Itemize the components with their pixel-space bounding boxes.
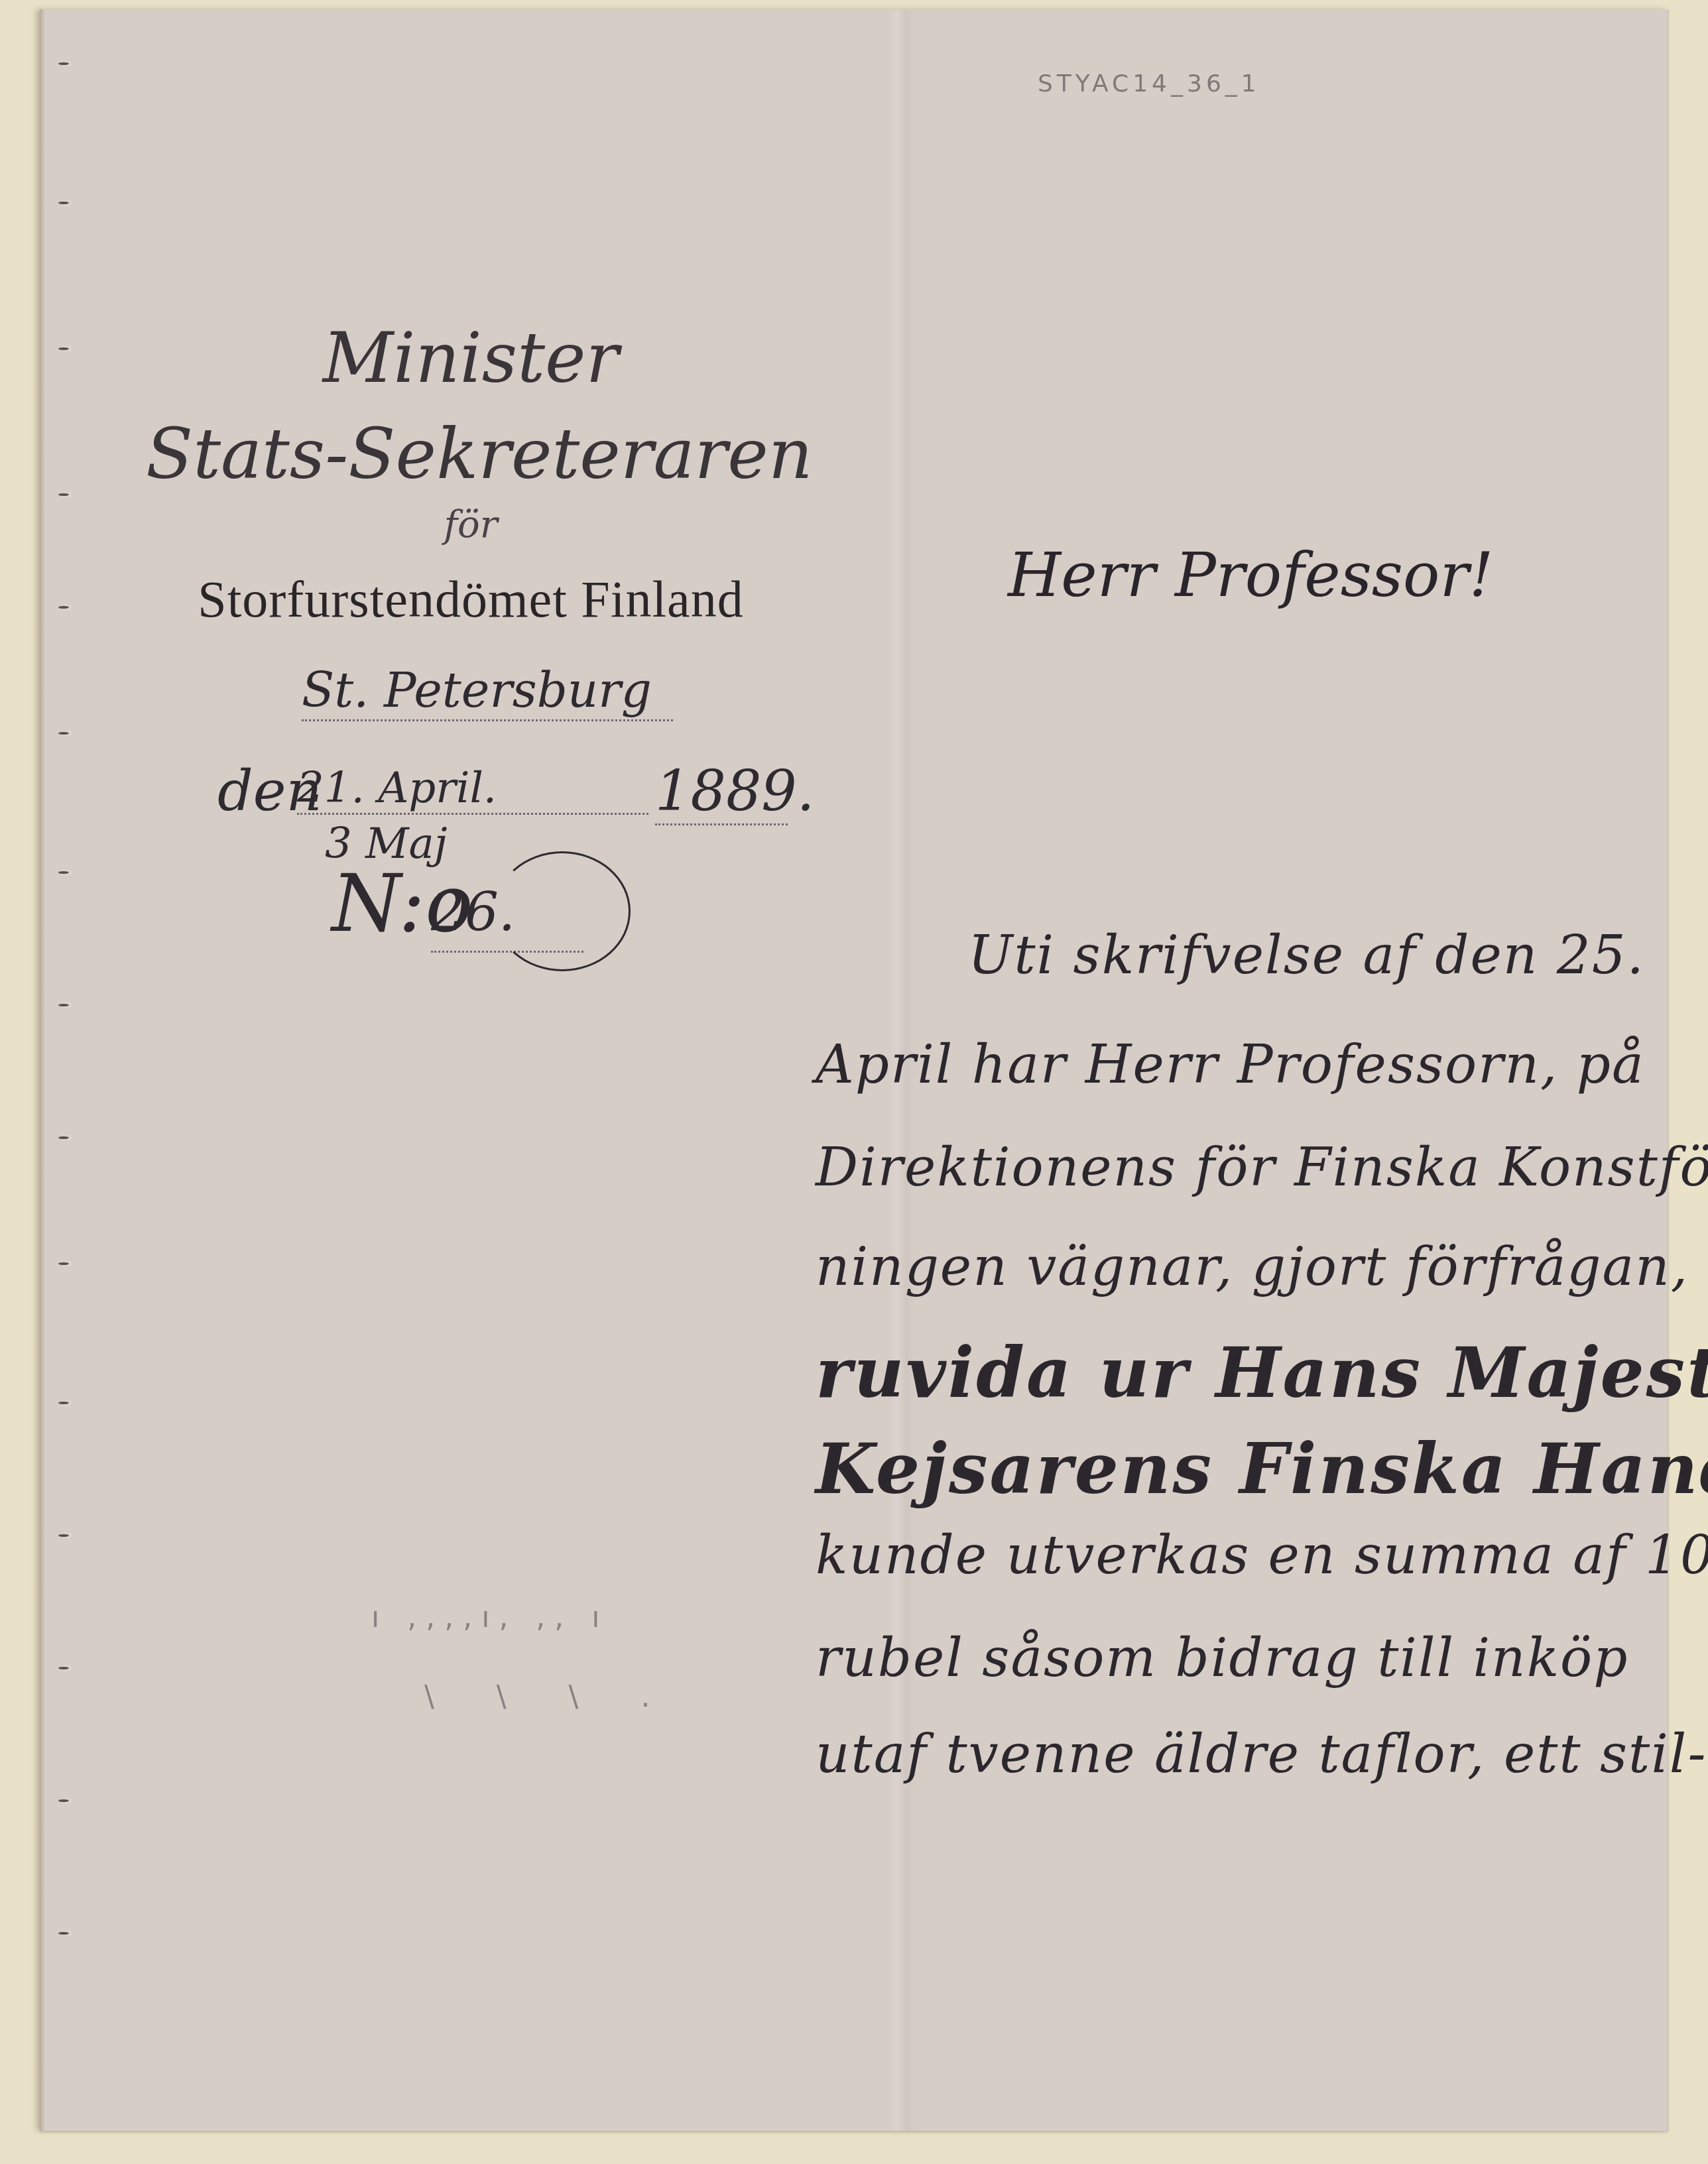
stitch-hole — [58, 1667, 69, 1669]
flourish-curl-icon — [494, 851, 631, 971]
body-line: Uti skrifvelse af den 25. — [968, 924, 1645, 986]
body-line: ruvida ur Hans Majestät — [816, 1332, 1708, 1413]
body-line: Kejsarens Finska Handkassa — [816, 1428, 1708, 1510]
stitch-hole — [58, 732, 69, 735]
letter-sheet: STYAC14_36_1 Minister Stats-Sekreteraren… — [40, 9, 1668, 2131]
stitch-hole — [58, 1534, 69, 1537]
stitch-hole — [58, 1402, 69, 1404]
letterhead-grand-duchy: Storfurstendömet Finland — [146, 570, 796, 629]
archive-reference-code: STYAC14_36_1 — [1038, 70, 1260, 97]
date-year: 1889. — [655, 758, 788, 825]
date-line: den 21. April. 1889. — [217, 758, 788, 831]
stitch-hole — [58, 202, 69, 204]
offset-mark-line: ı ,,,,ı, ,, ı — [371, 1600, 609, 1634]
place-of-writing: St. Petersburg — [302, 662, 673, 721]
offset-ink-marks: ı ,,,,ı, ,, ı \ \ \ . — [371, 1600, 743, 1733]
stitch-hole — [58, 871, 69, 874]
body-line: kunde utverkas en summa af 1000. — [816, 1524, 1708, 1586]
body-line: rubel såsom bidrag till inköp — [816, 1627, 1628, 1689]
stitch-hole — [58, 1004, 69, 1006]
stitch-hole — [58, 62, 69, 65]
stitch-hole — [58, 1262, 69, 1265]
stitch-hole — [58, 493, 69, 496]
stitch-hole — [58, 347, 69, 350]
letterhead-minister: Minister — [146, 318, 796, 398]
body-line: utaf tvenne äldre taflor, ett stil- — [816, 1723, 1707, 1785]
body-line: Direktionens för Finska Konstföre- — [816, 1136, 1708, 1198]
salutation: Herr Professor! — [1008, 540, 1493, 611]
date-old-style: 21. April. — [297, 764, 648, 815]
body-line: ningen vägnar, gjort förfrågan, hu- — [816, 1236, 1708, 1297]
letterhead-secretary: Stats-Sekreteraren — [146, 414, 796, 495]
stitch-hole — [58, 606, 69, 609]
stitch-hole — [58, 1932, 69, 1935]
body-line: April har Herr Professorn, på — [816, 1034, 1645, 1095]
stitch-hole — [58, 1136, 69, 1139]
document-number: N:o 26. — [332, 845, 637, 977]
stitch-hole — [58, 1799, 69, 1802]
letterhead-for: för — [146, 503, 796, 546]
offset-mark-line: \ \ \ . — [424, 1680, 676, 1714]
